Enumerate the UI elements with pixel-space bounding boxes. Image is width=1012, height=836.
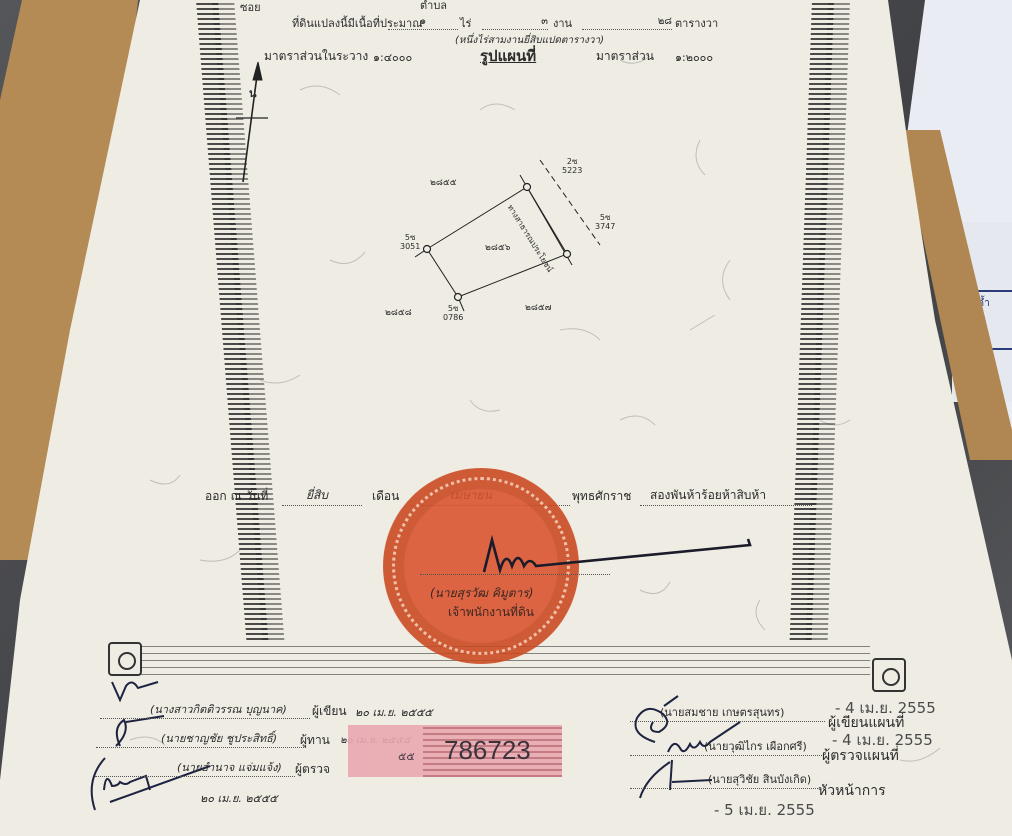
right-signatory-1-name: (นายสมชาย เกษตรสุนทร) bbox=[630, 703, 825, 722]
right-signatory-3-date: - 5 เม.ย. 2555 bbox=[714, 798, 815, 822]
right-signatory-2-date: - 4 เม.ย. 2555 bbox=[832, 728, 933, 752]
land-title-deed: ซอย ตำบล ที่ดินแปลงนี้มีเนื้อที่ประมาณ ๑… bbox=[0, 0, 1012, 836]
right-signatory-2-name: (นายวุฒิไกร เผือกศรี) bbox=[630, 737, 822, 756]
right-signatory-3-name: (นายสุวิชัย สินบังเกิด) bbox=[630, 770, 818, 789]
right-signatory-1-date: - 4 เม.ย. 2555 bbox=[835, 696, 936, 720]
right-signatory-3-role: หัวหน้าการ bbox=[818, 780, 886, 802]
